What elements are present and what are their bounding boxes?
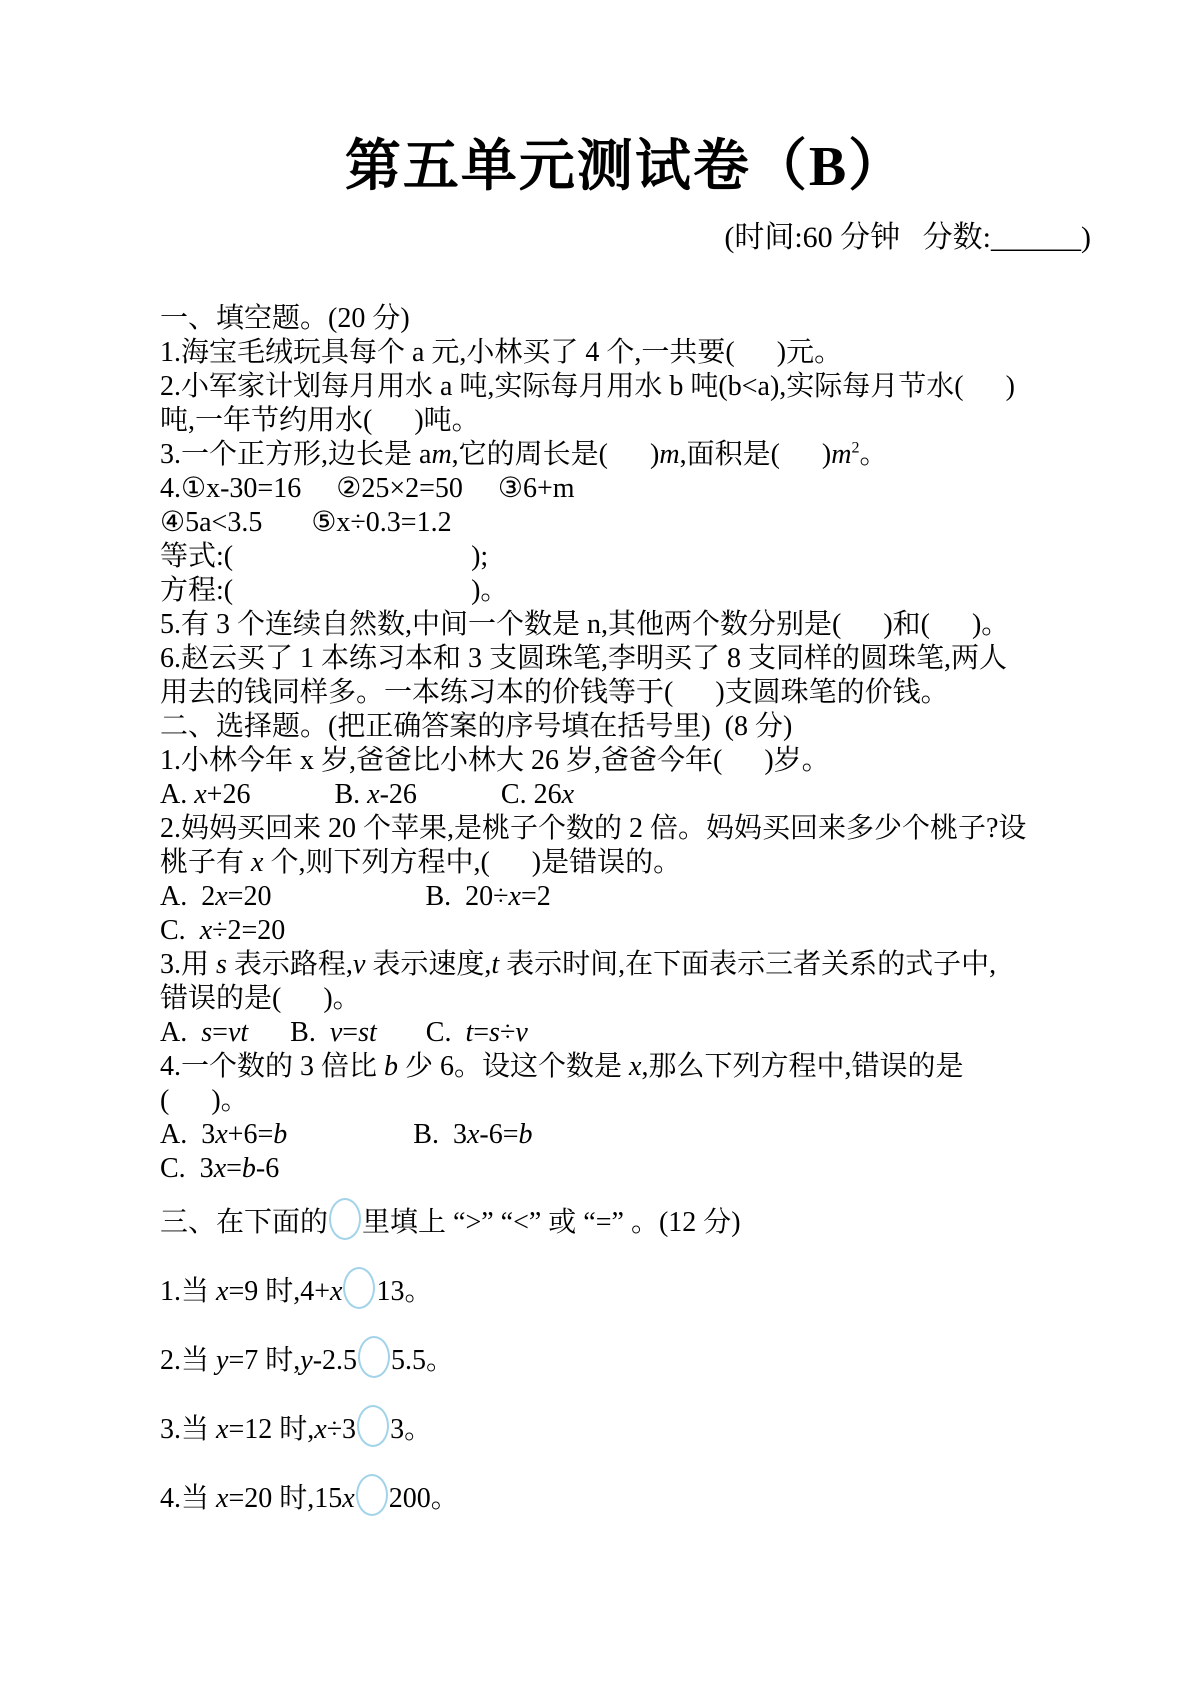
text-run: =20 B. 20÷ <box>228 881 509 912</box>
text-line: 3.一个正方形,边长是 am,它的周长是( )m,面积是( )m2。 <box>160 438 1091 472</box>
text-line: 一、填空题。(20 分) <box>160 302 1091 336</box>
text-run: 错误的是( )。 <box>160 983 361 1014</box>
text-run: vt <box>228 1017 248 1048</box>
test-paper-page: 第五单元测试卷（B） (时间:60 分钟 分数:______) 一、填空题。(2… <box>0 0 1191 1516</box>
text-run: A. 3 <box>160 1119 215 1150</box>
text-run: C. <box>160 915 200 946</box>
text-run: b <box>519 1119 533 1150</box>
answer-circle <box>356 1474 388 1516</box>
text-run: ÷3 <box>327 1414 356 1445</box>
text-run: x <box>200 915 212 946</box>
text-line: 2.妈妈买回来 20 个苹果,是桃子个数的 2 倍。妈妈买回来多少个桃子?设 <box>160 812 1091 846</box>
text-run: = <box>342 1017 358 1048</box>
text-run: v <box>515 1017 527 1048</box>
document-body: 一、填空题。(20 分)1.海宝毛绒玩具每个 a 元,小林买了 4 个,一共要(… <box>160 302 1091 1516</box>
text-run: 4.一个数的 3 倍比 <box>160 1051 384 1082</box>
text-run: 5.有 3 个连续自然数,中间一个数是 n,其他两个数分别是( )和( )。 <box>160 609 1009 640</box>
text-run: m <box>431 439 451 470</box>
text-run: x <box>562 779 574 810</box>
text-line: 4.一个数的 3 倍比 b 少 6。设这个数是 x,那么下列方程中,错误的是 <box>160 1050 1091 1084</box>
text-run: -6 <box>256 1153 279 1184</box>
text-run: 里填上 “>” “<” 或 “=” 。(12 分) <box>362 1207 741 1238</box>
paper-title: 第五单元测试卷（B） <box>160 122 1091 202</box>
text-run: 用去的钱同样多。一本练习本的价钱等于( )支圆珠笔的价钱。 <box>160 677 949 708</box>
text-run: C. <box>377 1017 466 1048</box>
text-run: = <box>212 1017 228 1048</box>
text-run: B. 3 <box>287 1119 467 1150</box>
text-run: -6= <box>479 1119 518 1150</box>
answer-circle <box>329 1198 361 1240</box>
text-run: x <box>467 1119 479 1150</box>
text-run: 表示时间,在下面表示三者关系的式子中, <box>499 949 996 980</box>
text-run: y <box>216 1345 228 1376</box>
text-run: m <box>659 439 679 470</box>
text-line: 5.有 3 个连续自然数,中间一个数是 n,其他两个数分别是( )和( )。 <box>160 608 1091 642</box>
paper-meta: (时间:60 分钟 分数:______) <box>160 212 1091 256</box>
text-run: C. 3 <box>160 1153 214 1184</box>
text-run: 2.妈妈买回来 20 个苹果,是桃子个数的 2 倍。妈妈买回来多少个桃子?设 <box>160 813 1026 844</box>
text-run: ,它的周长是( ) <box>452 439 660 470</box>
text-run: 2.当 <box>160 1345 216 1376</box>
text-run: 4.当 <box>160 1483 216 1514</box>
text-run: st <box>358 1017 377 1048</box>
text-run: A. <box>160 1017 201 1048</box>
text-run: x <box>215 881 227 912</box>
text-run: ,那么下列方程中,错误的是 <box>641 1051 963 1082</box>
text-run: 6.赵云买了 1 本练习本和 3 支圆珠笔,李明买了 8 支同样的圆珠笔,两人 <box>160 643 1007 674</box>
text-run: x <box>629 1051 641 1082</box>
text-run: 方程:( )。 <box>160 575 508 606</box>
text-run: -2.5 <box>313 1345 357 1376</box>
text-run: x <box>314 1414 326 1445</box>
text-run: +26 B. <box>207 779 367 810</box>
text-run: ÷2=20 <box>212 915 285 946</box>
text-run: 三、在下面的 <box>160 1207 328 1238</box>
answer-circle <box>343 1267 375 1309</box>
text-run: 200。 <box>389 1483 459 1514</box>
text-run: = <box>226 1153 242 1184</box>
text-line: C. 3x=b-6 <box>160 1152 1091 1186</box>
text-line: 三、在下面的里填上 “>” “<” 或 “=” 。(12 分) <box>160 1198 1091 1240</box>
text-run: A. <box>160 779 194 810</box>
text-run: -26 C. 26 <box>380 779 562 810</box>
text-run: 表示路程, <box>227 949 353 980</box>
text-line: A. s=vt B. v=st C. t=s÷v <box>160 1016 1091 1050</box>
text-line: 用去的钱同样多。一本练习本的价钱等于( )支圆珠笔的价钱。 <box>160 676 1091 710</box>
text-run: b <box>273 1119 287 1150</box>
answer-circle <box>357 1405 389 1447</box>
text-line: 错误的是( )。 <box>160 982 1091 1016</box>
text-run: +6= <box>228 1119 274 1150</box>
text-run: 3.用 <box>160 949 216 980</box>
text-line: 6.赵云买了 1 本练习本和 3 支圆珠笔,李明买了 8 支同样的圆珠笔,两人 <box>160 642 1091 676</box>
text-run: = <box>473 1017 489 1048</box>
text-run: 5.5。 <box>391 1345 454 1376</box>
text-run: s <box>489 1017 500 1048</box>
text-run: v <box>353 949 365 980</box>
text-run: =12 时, <box>228 1414 314 1445</box>
text-run: x <box>342 1483 354 1514</box>
text-run: x <box>194 779 206 810</box>
text-line: C. x÷2=20 <box>160 914 1091 948</box>
text-run: b <box>242 1153 256 1184</box>
text-run: ④5a<3.5 ⑤x÷0.3=1.2 <box>160 507 452 538</box>
text-run: ( )。 <box>160 1085 249 1116</box>
text-run: 。 <box>859 439 887 470</box>
text-run: m <box>831 439 851 470</box>
text-line: 桃子有 x 个,则下列方程中,( )是错误的。 <box>160 846 1091 880</box>
answer-circle <box>358 1336 390 1378</box>
text-run: ,面积是( ) <box>680 439 832 470</box>
text-run: 1.海宝毛绒玩具每个 a 元,小林买了 4 个,一共要( )元。 <box>160 337 842 368</box>
text-line: 1.海宝毛绒玩具每个 a 元,小林买了 4 个,一共要( )元。 <box>160 336 1091 370</box>
text-run: 3.一个正方形,边长是 a <box>160 439 431 470</box>
text-run: x <box>251 847 263 878</box>
text-run: 2.小军家计划每月用水 a 吨,实际每月用水 b 吨(b<a),实际每月节水( … <box>160 371 1015 402</box>
text-run: 等式:( ); <box>160 541 488 572</box>
text-line: 3.用 s 表示路程,v 表示速度,t 表示时间,在下面表示三者关系的式子中, <box>160 948 1091 982</box>
text-line: A. x+26 B. x-26 C. 26x <box>160 778 1091 812</box>
text-line: 2.当 y=7 时,y-2.55.5。 <box>160 1336 1091 1378</box>
text-run: s <box>216 949 227 980</box>
text-run: s <box>201 1017 212 1048</box>
text-run: x <box>215 1119 227 1150</box>
text-line: 方程:( )。 <box>160 574 1091 608</box>
text-run: 表示速度, <box>365 949 491 980</box>
text-run: 1.当 <box>160 1276 216 1307</box>
text-run: x <box>330 1276 342 1307</box>
text-line: 4.当 x=20 时,15x200。 <box>160 1474 1091 1516</box>
text-line: 吨,一年节约用水( )吨。 <box>160 404 1091 438</box>
text-line: A. 2x=20 B. 20÷x=2 <box>160 880 1091 914</box>
text-line: 3.当 x=12 时,x÷33。 <box>160 1405 1091 1447</box>
text-run: 桃子有 <box>160 847 251 878</box>
text-run: B. <box>248 1017 330 1048</box>
text-run: 3。 <box>390 1414 432 1445</box>
text-run: 吨,一年节约用水( )吨。 <box>160 405 480 436</box>
text-run: =7 时, <box>228 1345 300 1376</box>
text-run: x <box>509 881 521 912</box>
text-run: v <box>330 1017 342 1048</box>
text-run: ÷ <box>500 1017 515 1048</box>
text-run: x <box>216 1483 228 1514</box>
text-line: 4.①x-30=16 ②25×2=50 ③6+m <box>160 472 1091 506</box>
text-run: A. 2 <box>160 881 215 912</box>
text-run: 13。 <box>376 1276 432 1307</box>
text-run: =9 时,4+ <box>228 1276 330 1307</box>
text-run: 3.当 <box>160 1414 216 1445</box>
text-run: 4.①x-30=16 ②25×2=50 ③6+m <box>160 473 575 504</box>
text-run: =2 <box>521 881 551 912</box>
text-run: x <box>367 779 379 810</box>
text-run: x <box>214 1153 226 1184</box>
text-run: 二、选择题。(把正确答案的序号填在括号里) (8 分) <box>160 711 792 742</box>
text-line: 1.当 x=9 时,4+x13。 <box>160 1267 1091 1309</box>
text-run: x <box>216 1276 228 1307</box>
text-line: 等式:( ); <box>160 540 1091 574</box>
text-run: 一、填空题。(20 分) <box>160 303 410 334</box>
text-run: x <box>216 1414 228 1445</box>
text-line: ④5a<3.5 ⑤x÷0.3=1.2 <box>160 506 1091 540</box>
text-line: ( )。 <box>160 1084 1091 1118</box>
text-line: 2.小军家计划每月用水 a 吨,实际每月用水 b 吨(b<a),实际每月节水( … <box>160 370 1091 404</box>
text-run: y <box>300 1345 312 1376</box>
text-run: 1.小林今年 x 岁,爸爸比小林大 26 岁,爸爸今年( )岁。 <box>160 745 830 776</box>
text-line: 1.小林今年 x 岁,爸爸比小林大 26 岁,爸爸今年( )岁。 <box>160 744 1091 778</box>
text-run: t <box>491 949 499 980</box>
text-run: =20 时,15 <box>228 1483 342 1514</box>
text-run: 少 6。设这个数是 <box>398 1051 629 1082</box>
text-line: 二、选择题。(把正确答案的序号填在括号里) (8 分) <box>160 710 1091 744</box>
text-line: A. 3x+6=b B. 3x-6=b <box>160 1118 1091 1152</box>
text-run: 个,则下列方程中,( )是错误的。 <box>263 847 681 878</box>
text-run: b <box>384 1051 398 1082</box>
